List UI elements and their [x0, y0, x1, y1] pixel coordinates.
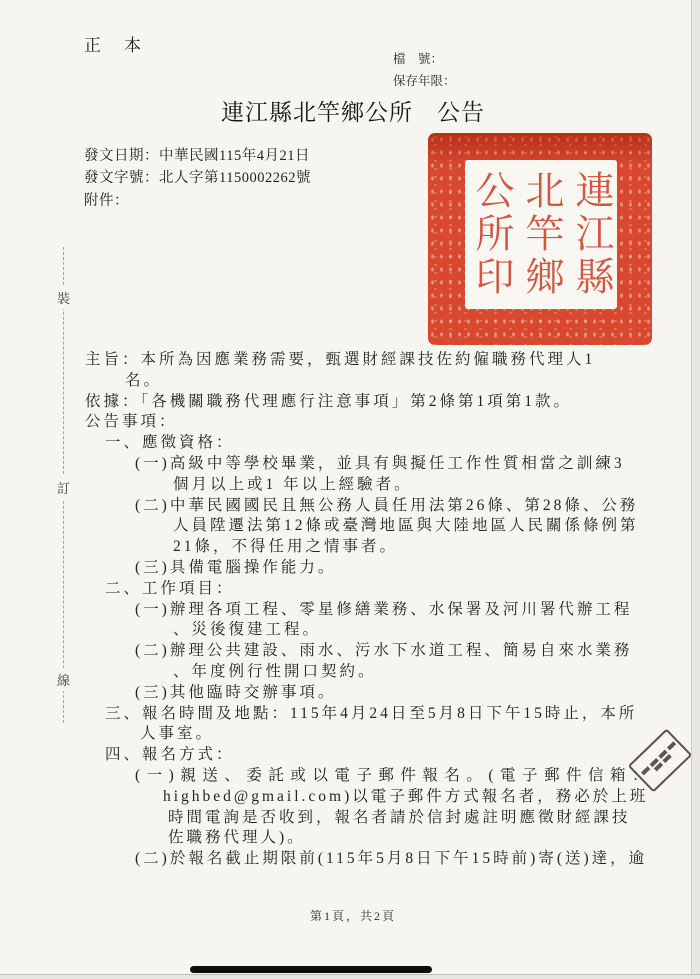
- body-line: 四、報名方式：: [105, 745, 665, 766]
- body-line: (一)高級中等學校畢業，並具有與擬任工作性質相當之訓練3: [135, 454, 665, 475]
- body-line: (二)中華民國國民且無公務人員任用法第26條、第28條、公務: [135, 496, 665, 517]
- doc-number-line: 發文字號：北人字第1150002262號: [84, 167, 311, 189]
- file-number-label: 檔 號：: [393, 49, 443, 67]
- doc-number-value: 北人字第1150002262號: [159, 170, 311, 186]
- document-title: 連江縣北竿鄉公所 公告: [221, 94, 485, 127]
- body-line: 、年度例行性開口契約。: [173, 662, 665, 683]
- page-number: 第1頁，共2頁: [310, 907, 396, 924]
- scan-edge-bottom: [0, 974, 700, 979]
- binding-mark-ding: 訂: [55, 476, 72, 499]
- body-line: 二、工作項目：: [105, 579, 665, 600]
- body-line: 21條，不得任用之情事者。: [173, 537, 665, 558]
- body-line: (二)於報名截止期限前(115年5月8日下午15時前)寄(送)達，逾: [135, 849, 665, 870]
- body-line: 、災後復建工程。: [173, 620, 665, 641]
- attachment-line: 附件：: [84, 190, 311, 212]
- attachment-label: 附件：: [84, 193, 129, 209]
- retention-period-label: 保存年限：: [393, 71, 456, 89]
- body-line: (三)具備電腦操作能力。: [135, 558, 665, 579]
- scan-edge-right: [691, 0, 700, 979]
- official-seal-stamp: 連江縣 北竿鄉 公所印: [428, 133, 652, 345]
- issue-date-line: 發文日期：中華民國115年4月21日: [84, 145, 311, 167]
- binding-mark-xian: 線: [55, 668, 72, 691]
- seal-column-right: 連江縣: [566, 160, 616, 309]
- body-line: (二)辦理公共建設、雨水、污水下水道工程、簡易自來水業務: [135, 641, 665, 662]
- body-line: (一)親送、委託或以電子郵件報名。(電子郵件信箱：: [135, 766, 665, 787]
- document-meta: 發文日期：中華民國115年4月21日 發文字號：北人字第1150002262號 …: [84, 145, 311, 212]
- body-line: 時間電詢是否收到，報名者請於信封處註明應徵財經課技: [168, 808, 665, 829]
- body-line: (三)其他臨時交辦事項。: [135, 683, 665, 704]
- announcement-body: 主旨：本所為因應業務需要，甄選財經課技佐約僱職務代理人1 名。 依據：「各機關職…: [85, 350, 665, 870]
- seal-column-middle: 北竿鄉: [516, 160, 566, 309]
- body-line: 公告事項：: [85, 412, 665, 433]
- seal-column-left: 公所印: [466, 160, 516, 309]
- doc-number-label: 發文字號：: [84, 170, 159, 186]
- copy-type-label: 正 本: [84, 31, 144, 56]
- official-seal-text: 連江縣 北竿鄉 公所印: [465, 160, 617, 309]
- body-line: 人事室。: [140, 724, 665, 745]
- body-line: 一、應徵資格：: [105, 433, 665, 454]
- body-line: 三、報名時間及地點：115年4月24日至5月8日下午15時止，本所: [105, 704, 665, 725]
- body-line: (一)辦理各項工程、零星修繕業務、水保署及河川署代辦工程: [135, 600, 665, 621]
- issue-date-value: 中華民國115年4月21日: [159, 148, 310, 164]
- issue-date-label: 發文日期：: [84, 148, 159, 164]
- binding-mark-zhuang: 裝: [55, 286, 72, 309]
- body-line: 主旨：本所為因應業務需要，甄選財經課技佐約僱職務代理人1: [85, 350, 665, 371]
- scan-artifact-bar: [190, 966, 432, 973]
- body-line: 名。: [125, 371, 665, 392]
- body-line: highbed@gmail.com)以電子郵件方式報名者，務必於上班: [163, 787, 665, 808]
- body-line: 依據：「各機關職務代理應行注意事項」第2條第1項第1款。: [85, 392, 665, 413]
- body-line: 人員陞遷法第12條或臺灣地區與大陸地區人民關係條例第: [173, 516, 665, 537]
- body-line: 佐職務代理人)。: [168, 828, 665, 849]
- body-line: 個月以上或1 年以上經驗者。: [173, 475, 665, 496]
